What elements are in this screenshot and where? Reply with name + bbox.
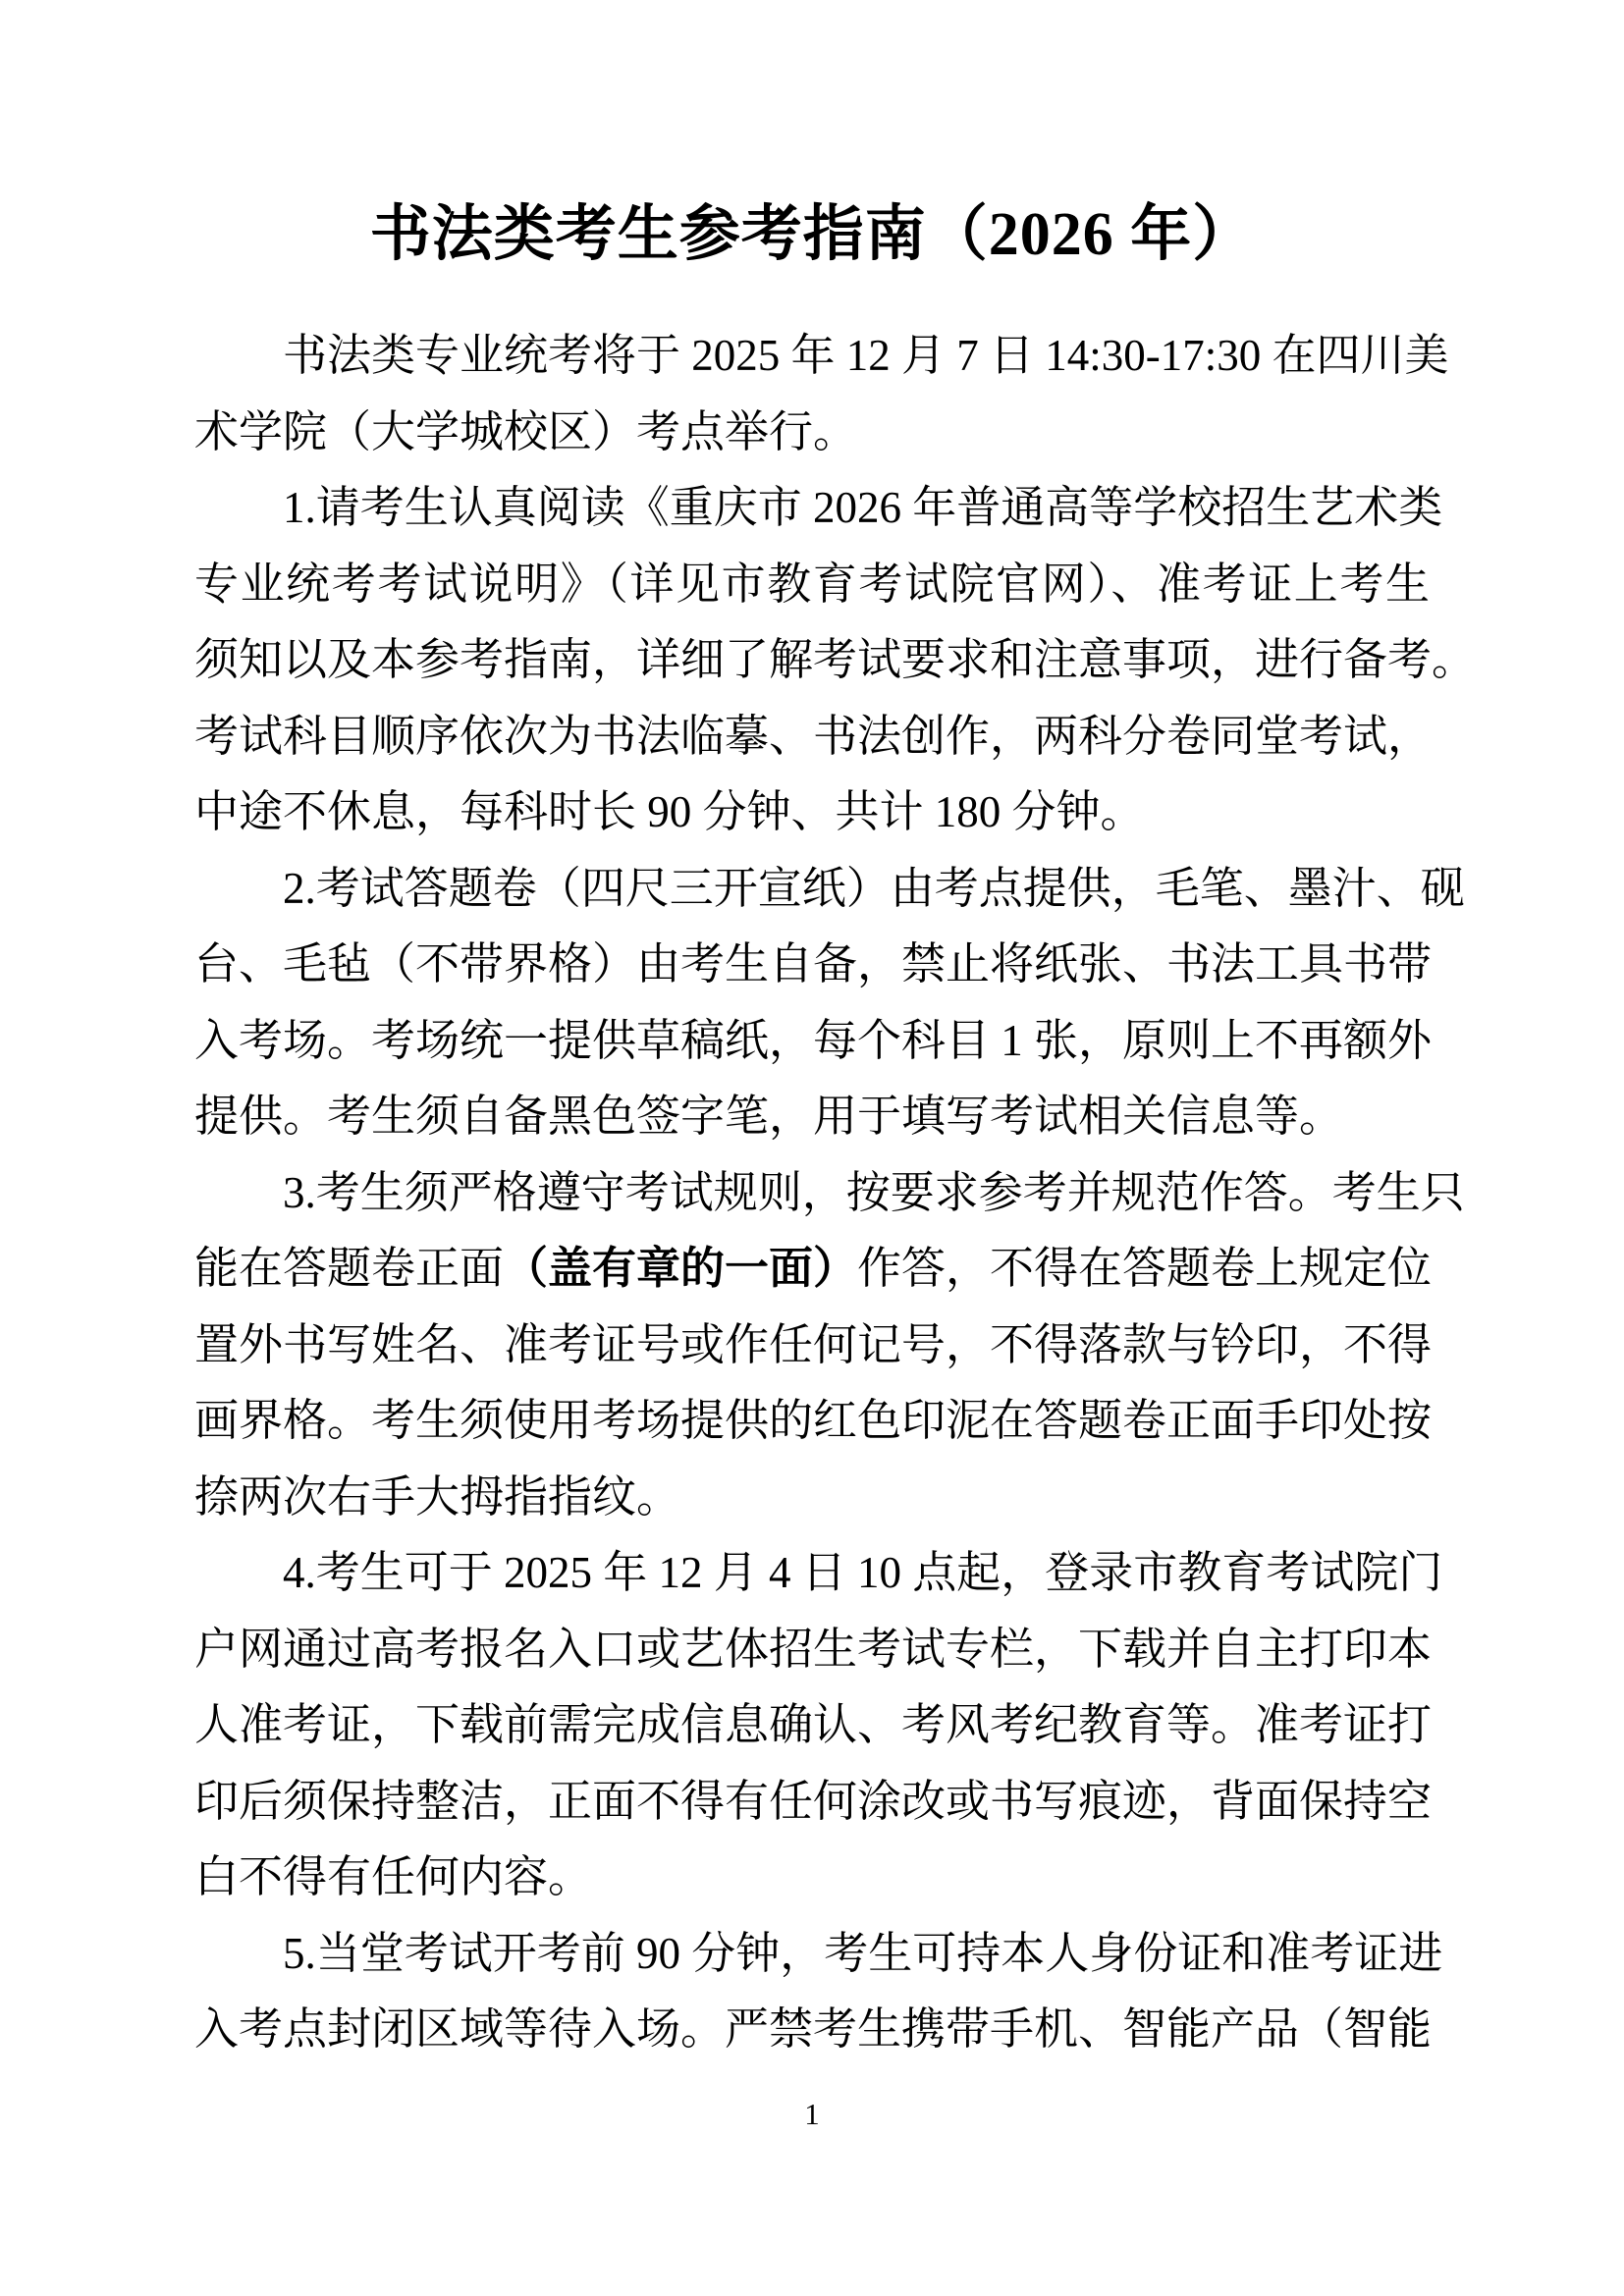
text-line: 考试科目顺序依次为书法临摹、书法创作，两科分卷同堂考试， — [194, 699, 1430, 775]
text-line: 入考场。考场统一提供草稿纸，每个科目 1 张，原则上不再额外 — [194, 1003, 1430, 1080]
line-text: 置外书写姓名、准考证号或作任何记号，不得落款与钤印，不得 — [194, 1320, 1432, 1369]
line-text: 书法类专业统考将于 2025 年 12 月 7 日 14:30-17:30 在四… — [283, 331, 1449, 380]
line-text: 白不得有任何内容。 — [194, 1852, 592, 1901]
text-line: 人准考证，下载前需完成信息确认、考风考纪教育等。准考证打 — [194, 1687, 1430, 1764]
text-line: 书法类专业统考将于 2025 年 12 月 7 日 14:30-17:30 在四… — [194, 318, 1430, 395]
line-text: 考试科目顺序依次为书法临摹、书法创作，两科分卷同堂考试， — [194, 712, 1432, 761]
line-text: 入考点封闭区域等待入场。严禁考生携带手机、智能产品（智能 — [194, 2004, 1432, 2054]
text-line: 能在答题卷正面（盖有章的一面）作答，不得在答题卷上规定位 — [194, 1231, 1430, 1308]
line-text: 户网通过高考报名入口或艺体招生考试专栏，下载并自主打印本 — [194, 1625, 1432, 1674]
line-text: 印后须保持整洁，正面不得有任何涂改或书写痕迹，背面保持空 — [194, 1777, 1432, 1826]
document-page: 书法类考生参考指南（2026 年） 书法类专业统考将于 2025 年 12 月 … — [0, 0, 1624, 2296]
text-line: 须知以及本参考指南，详细了解考试要求和注意事项，进行备考。 — [194, 622, 1430, 699]
line-text: 能在答题卷正面 — [194, 1244, 504, 1293]
text-line: 入考点封闭区域等待入场。严禁考生携带手机、智能产品（智能 — [194, 1992, 1430, 2068]
line-text: 作答，不得在答题卷上规定位 — [857, 1244, 1432, 1293]
line-text: 中途不休息，每科时长 90 分钟、共计 180 分钟。 — [194, 787, 1145, 836]
line-text: 捺两次右手大拇指指纹。 — [194, 1472, 680, 1522]
text-line: 术学院（大学城校区）考点举行。 — [194, 395, 1430, 471]
line-text: 画界格。考生须使用考场提供的红色印泥在答题卷正面手印处按 — [194, 1396, 1432, 1445]
text-line: 提供。考生须自备黑色签字笔，用于填写考试相关信息等。 — [194, 1079, 1430, 1155]
text-line: 白不得有任何内容。 — [194, 1840, 1430, 1916]
line-text: 入考场。考场统一提供草稿纸，每个科目 1 张，原则上不再额外 — [194, 1016, 1432, 1065]
text-line: 中途不休息，每科时长 90 分钟、共计 180 分钟。 — [194, 774, 1430, 851]
line-text: 须知以及本参考指南，详细了解考试要求和注意事项，进行备考。 — [194, 635, 1476, 684]
line-text: 1.请考生认真阅读《重庆市 2026 年普通高等学校招生艺术类 — [283, 483, 1442, 532]
line-text: 提供。考生须自备黑色签字笔，用于填写考试相关信息等。 — [194, 1092, 1343, 1141]
line-text: 专业统考考试说明》（详见市教育考试院官网）、准考证上考生 — [194, 560, 1430, 609]
line-text: 术学院（大学城校区）考点举行。 — [194, 407, 857, 456]
line-text: 3.考生须严格遵守考试规则，按要求参考并规范作答。考生只 — [283, 1168, 1465, 1217]
text-line: 2.考试答题卷（四尺三开宣纸）由考点提供，毛笔、墨汁、砚 — [194, 851, 1430, 928]
text-line: 4.考生可于 2025 年 12 月 4 日 10 点起，登录市教育考试院门 — [194, 1535, 1430, 1612]
text-line: 置外书写姓名、准考证号或作任何记号，不得落款与钤印，不得 — [194, 1308, 1430, 1384]
text-line: 画界格。考生须使用考场提供的红色印泥在答题卷正面手印处按 — [194, 1383, 1430, 1460]
line-text: 2.考试答题卷（四尺三开宣纸）由考点提供，毛笔、墨汁、砚 — [283, 864, 1465, 913]
text-line: 5.当堂考试开考前 90 分钟，考生可持本人身份证和准考证进 — [194, 1916, 1430, 1993]
text-line: 印后须保持整洁，正面不得有任何涂改或书写痕迹，背面保持空 — [194, 1764, 1430, 1841]
bold-emphasis-text: （盖有章的一面） — [504, 1244, 857, 1293]
text-line: 1.请考生认真阅读《重庆市 2026 年普通高等学校招生艺术类 — [194, 470, 1430, 547]
text-line: 捺两次右手大拇指指纹。 — [194, 1460, 1430, 1536]
text-line: 户网通过高考报名入口或艺体招生考试专栏，下载并自主打印本 — [194, 1612, 1430, 1688]
text-line: 专业统考考试说明》（详见市教育考试院官网）、准考证上考生 — [194, 547, 1430, 623]
line-text: 台、毛毡（不带界格）由考生自备，禁止将纸张、书法工具书带 — [194, 939, 1432, 988]
document-body: 书法类专业统考将于 2025 年 12 月 7 日 14:30-17:30 在四… — [194, 318, 1430, 2068]
line-text: 4.考生可于 2025 年 12 月 4 日 10 点起，登录市教育考试院门 — [283, 1548, 1442, 1597]
page-number: 1 — [0, 2097, 1624, 2132]
text-line: 3.考生须严格遵守考试规则，按要求参考并规范作答。考生只 — [194, 1155, 1430, 1232]
document-title: 书法类考生参考指南（2026 年） — [194, 0, 1430, 277]
text-line: 台、毛毡（不带界格）由考生自备，禁止将纸张、书法工具书带 — [194, 927, 1430, 1003]
line-text: 人准考证，下载前需完成信息确认、考风考纪教育等。准考证打 — [194, 1700, 1432, 1749]
line-text: 5.当堂考试开考前 90 分钟，考生可持本人身份证和准考证进 — [283, 1929, 1442, 1978]
